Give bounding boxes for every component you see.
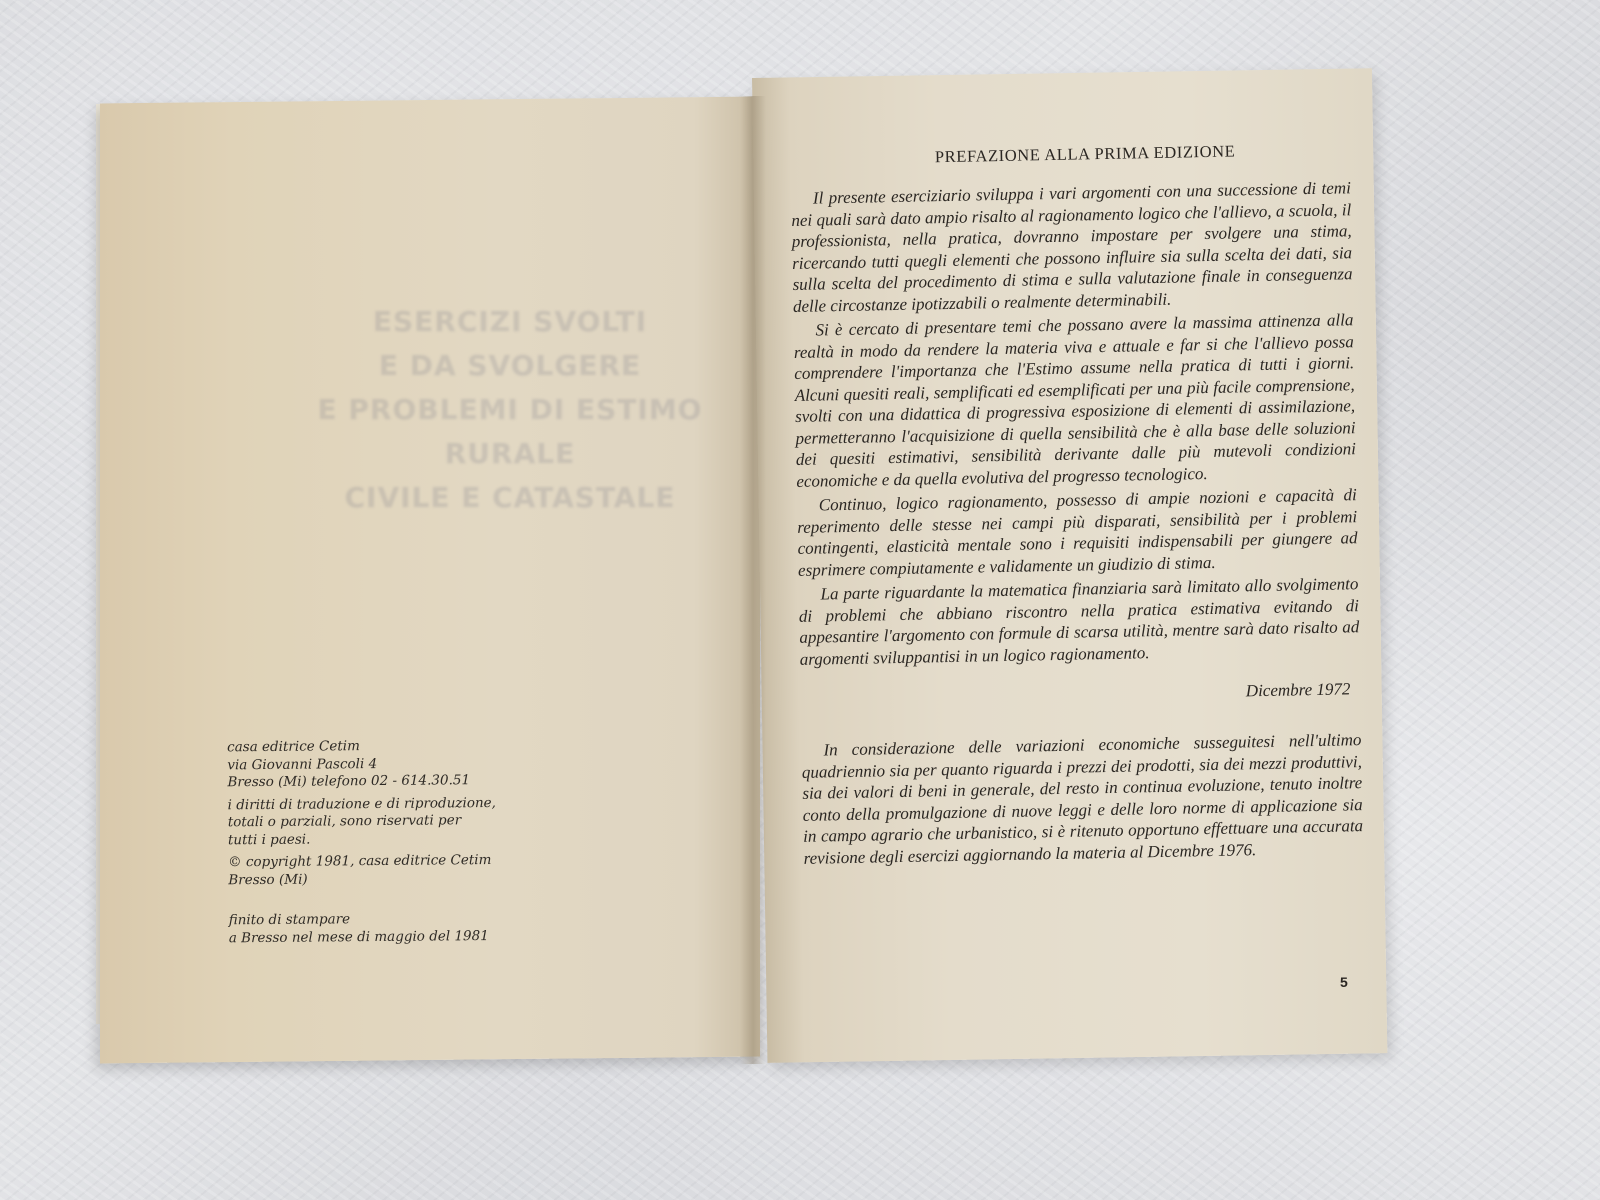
show-through-title: ESERCIZI SVOLTI E DA SVOLGERE E PROBLEMI… [300, 300, 720, 520]
preface-date: Dicembre 1972 [800, 679, 1360, 710]
colophon: casa editrice Cetim via Giovanni Pascoli… [227, 737, 529, 953]
preface-paragraph: Il presente eserciziario sviluppa i vari… [791, 177, 1353, 317]
preface-paragraph: Continuo, logico ragionamento, possesso … [797, 484, 1359, 581]
open-book: ESERCIZI SVOLTI E DA SVOLGERE E PROBLEMI… [0, 0, 1600, 1200]
preface-paragraph: La parte riguardante la matematica finan… [798, 573, 1360, 670]
preface: PREFAZIONE ALLA PRIMA EDIZIONE Il presen… [790, 139, 1364, 872]
publisher-info: casa editrice Cetim via Giovanni Pascoli… [227, 737, 527, 792]
page-number: 5 [1340, 974, 1348, 990]
preface-paragraph: Si è cercato di presentare temi che poss… [793, 309, 1356, 492]
copyright-notice: © copyright 1981, casa editrice Cetim Br… [228, 852, 528, 890]
printing-notice: finito di stampare a Bresso nel mese di … [229, 910, 529, 948]
second-edition-note: In considerazione delle variazioni econo… [801, 729, 1363, 869]
rights-notice: i diritti di traduzione e di riproduzion… [228, 794, 528, 849]
book-gutter [740, 96, 766, 1064]
